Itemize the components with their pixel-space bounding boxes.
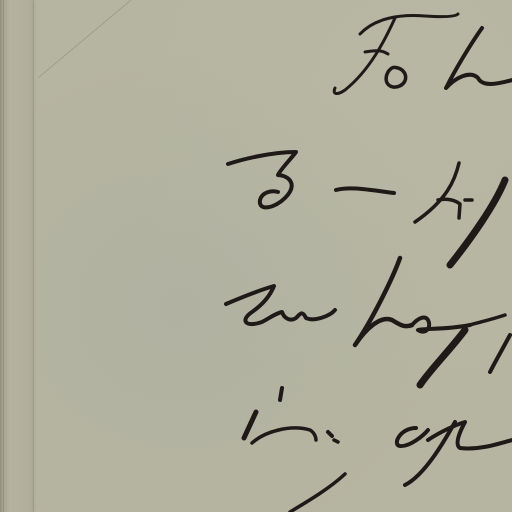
handwriting-ink: [0, 0, 512, 512]
handwriting-line-4: [244, 388, 512, 512]
handwriting-line-3: [226, 258, 510, 385]
handwriting-line-1: [334, 14, 512, 94]
handwriting-line-2: [228, 152, 505, 265]
document-photo: Foh 3 – 4- zuboge in. ap: [0, 0, 512, 512]
